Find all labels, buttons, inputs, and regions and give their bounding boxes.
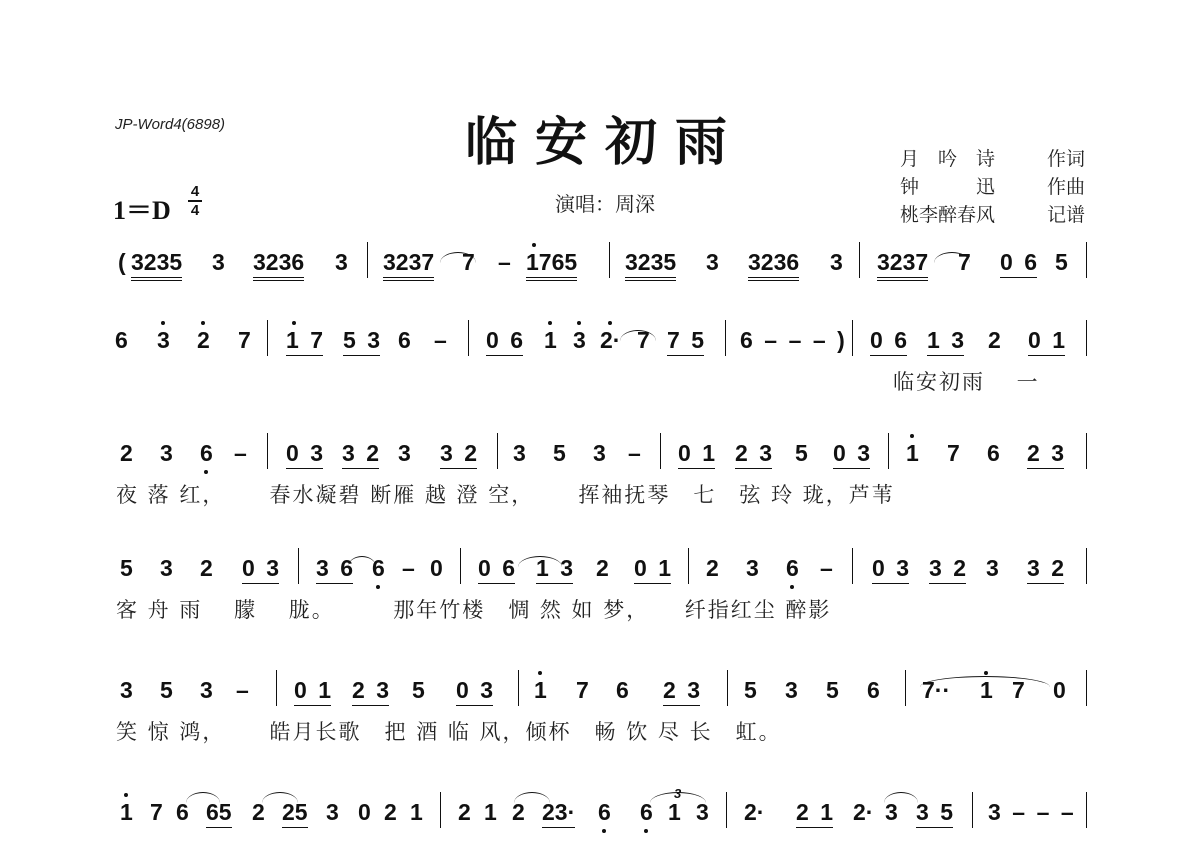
composer-role: 作曲 xyxy=(1047,173,1085,201)
beam-underline xyxy=(833,468,870,469)
note-token: 3 2 xyxy=(929,555,966,581)
slur-arc xyxy=(620,330,656,341)
software-watermark: JP-Word4(6898) xyxy=(115,116,225,133)
note-token: 5 xyxy=(826,677,839,703)
beam-underline xyxy=(748,280,799,281)
note-token: 3 2 xyxy=(1027,555,1064,581)
singer-credit: 演唱：周深 xyxy=(440,188,770,217)
barline xyxy=(1086,792,1087,828)
note-token: 1 xyxy=(484,799,497,825)
note-token: 3237 xyxy=(383,249,434,275)
note-token: 2 xyxy=(706,555,719,581)
beam-underline xyxy=(253,277,304,278)
transcriber-name: 桃李醉春风 xyxy=(900,201,995,229)
note-token: 3 6 xyxy=(316,555,353,581)
beam-underline xyxy=(870,355,907,356)
beam-underline xyxy=(929,583,966,584)
note-token: 0 3 xyxy=(456,677,493,703)
note-token: 0 1 xyxy=(1028,327,1065,353)
note-token: 6 xyxy=(616,677,629,703)
beam-underline xyxy=(678,468,715,469)
barline xyxy=(972,792,973,828)
transcriber-role: 记谱 xyxy=(1047,201,1085,229)
note-token: 1 xyxy=(906,440,919,466)
note-token: 2 3 xyxy=(1027,440,1064,466)
octave-up-dot xyxy=(161,321,165,325)
composer-credit: 钟 迅 作曲 xyxy=(900,173,1085,201)
note-token: 7 xyxy=(238,327,251,353)
note-token: 3 xyxy=(573,327,586,353)
barline xyxy=(888,433,889,469)
note-token: 2 xyxy=(988,327,1001,353)
barline xyxy=(660,433,661,469)
beam-underline xyxy=(542,827,575,828)
barline xyxy=(518,670,519,706)
barline xyxy=(727,670,728,706)
beam-underline xyxy=(927,355,964,356)
note-token: 3 2 xyxy=(440,440,477,466)
note-token: 3 xyxy=(398,440,411,466)
beam-underline xyxy=(478,583,515,584)
composer-name: 钟 迅 xyxy=(900,173,995,201)
lyric-line: 客 舟 雨 朦 胧。 那年竹楼 惆 然 如 梦， 纤指红尘 醉影 xyxy=(116,594,831,624)
beam-underline xyxy=(456,705,493,706)
note-token: 2 1 xyxy=(796,799,833,825)
barline xyxy=(1086,242,1087,278)
beam-underline xyxy=(383,280,434,281)
beam-underline xyxy=(286,355,323,356)
octave-up-dot xyxy=(984,671,988,675)
beam-underline xyxy=(735,468,772,469)
note-token: 5 3 xyxy=(343,327,380,353)
beam-underline xyxy=(663,705,700,706)
note-token: 0 6 xyxy=(478,555,515,581)
slur-arc xyxy=(514,792,550,803)
note-token: – xyxy=(236,677,249,703)
note-token: 5 xyxy=(795,440,808,466)
note-token: 6 – – – ) xyxy=(740,327,845,353)
barline xyxy=(1086,433,1087,469)
octave-up-dot xyxy=(548,321,552,325)
note-token: 0 6 xyxy=(870,327,907,353)
credits-block: 月 吟 诗 作词 钟 迅 作曲 桃李醉春风 记谱 xyxy=(900,145,1085,229)
note-token: 3 5 xyxy=(916,799,953,825)
note-token: 3236 xyxy=(748,249,799,275)
beam-underline xyxy=(131,277,182,278)
note-token: 5 xyxy=(1055,249,1068,275)
octave-up-dot xyxy=(201,321,205,325)
note-token: 7 xyxy=(576,677,589,703)
barline xyxy=(440,792,441,828)
beam-underline xyxy=(796,827,833,828)
note-token: 3 – – – xyxy=(988,799,1074,825)
note-token: 3 xyxy=(212,249,225,275)
note-token: 0 xyxy=(358,799,371,825)
note-token: 3 xyxy=(785,677,798,703)
note-token: 3 xyxy=(335,249,348,275)
note-token: 0 3 xyxy=(872,555,909,581)
song-title: 临安初雨 xyxy=(440,108,770,178)
beam-underline xyxy=(634,583,671,584)
note-token: 5 xyxy=(160,677,173,703)
note-token: 5 xyxy=(412,677,425,703)
triplet-marker: 3 xyxy=(674,786,681,801)
note-token: 1 7 xyxy=(286,327,323,353)
note-token: 3236 xyxy=(253,249,304,275)
note-token: 2 3 xyxy=(352,677,389,703)
note-token: 3 xyxy=(326,799,339,825)
slur-arc xyxy=(262,792,298,803)
barline xyxy=(468,320,469,356)
octave-up-dot xyxy=(608,321,612,325)
note-token: 3 xyxy=(830,249,843,275)
octave-up-dot xyxy=(538,671,542,675)
octave-up-dot xyxy=(577,321,581,325)
note-token: 0 6 xyxy=(1000,249,1037,275)
note-token: 2 xyxy=(384,799,397,825)
beam-underline xyxy=(131,280,182,281)
barline xyxy=(1086,548,1087,584)
beam-underline xyxy=(352,705,389,706)
beam-underline xyxy=(667,355,704,356)
beam-underline xyxy=(1027,468,1064,469)
note-token: – xyxy=(820,555,833,581)
note-token: – xyxy=(498,249,511,275)
beam-underline xyxy=(242,583,279,584)
note-token: 6 xyxy=(598,799,611,825)
note-token: 0 xyxy=(430,555,443,581)
note-token: 2· xyxy=(600,327,620,353)
barline xyxy=(1086,670,1087,706)
time-signature: 4 4 xyxy=(188,184,202,218)
beam-underline xyxy=(872,583,909,584)
note-token: 5 xyxy=(120,555,133,581)
slur-arc xyxy=(186,792,220,803)
barline xyxy=(859,242,860,278)
beam-underline xyxy=(1027,583,1064,584)
note-token: 0 xyxy=(1053,677,1066,703)
octave-down-dot xyxy=(644,829,648,833)
note-token: 2· xyxy=(853,799,873,825)
barline xyxy=(852,320,853,356)
lyricist-name: 月 吟 诗 xyxy=(900,145,995,173)
lyric-line: 笑 惊 鸿， 皓月长歌 把 酒 临 风，倾杯 畅 饮 尽 长 虹。 xyxy=(116,716,782,746)
note-token: – xyxy=(434,327,447,353)
octave-down-dot xyxy=(204,470,208,474)
note-token: 1 xyxy=(534,677,547,703)
slur-arc xyxy=(884,792,918,803)
note-token: – xyxy=(402,555,415,581)
beam-underline xyxy=(625,280,676,281)
barline xyxy=(852,548,853,584)
beam-underline xyxy=(526,277,577,278)
barline xyxy=(725,320,726,356)
lyricist-credit: 月 吟 诗 作词 xyxy=(900,145,1085,173)
note-token: – xyxy=(234,440,247,466)
note-token: 3235 xyxy=(131,249,182,275)
lyric-line: 临安初雨 一 xyxy=(893,366,1040,396)
note-token: 5 xyxy=(553,440,566,466)
note-token: 0 1 xyxy=(294,677,331,703)
beam-underline xyxy=(748,277,799,278)
beam-underline xyxy=(206,827,232,828)
note-token: 2· xyxy=(744,799,764,825)
note-token: 1 3 xyxy=(927,327,964,353)
barline xyxy=(298,548,299,584)
note-token: 6 xyxy=(786,555,799,581)
beam-underline xyxy=(625,277,676,278)
note-token: 2 3 xyxy=(663,677,700,703)
beam-underline xyxy=(342,468,379,469)
note-token: 3 xyxy=(593,440,606,466)
note-token: 0 3 xyxy=(286,440,323,466)
note-token: 0 3 xyxy=(242,555,279,581)
note-token: 6 xyxy=(867,677,880,703)
lyric-line: 夜 落 红， 春水凝碧 断雁 越 澄 空， 挥袖抚琴 七 弦 玲 珑，芦苇 xyxy=(116,479,895,509)
octave-up-dot xyxy=(292,321,296,325)
beam-underline xyxy=(282,827,308,828)
note-token: 5 xyxy=(744,677,757,703)
note-token: 1 xyxy=(544,327,557,353)
barline xyxy=(688,548,689,584)
note-token: 6 xyxy=(115,327,128,353)
note-token: 3235 xyxy=(625,249,676,275)
note-token: 6 xyxy=(987,440,1000,466)
note-token: 1 xyxy=(120,799,133,825)
barline xyxy=(609,242,610,278)
note-token: 6 xyxy=(200,440,213,466)
octave-up-dot xyxy=(910,434,914,438)
time-numerator: 4 xyxy=(188,184,202,199)
note-token: 3 xyxy=(746,555,759,581)
beam-underline xyxy=(1000,277,1037,278)
beam-underline xyxy=(343,355,380,356)
note-token: 2 3 xyxy=(735,440,772,466)
barline xyxy=(460,548,461,584)
note-token: 7 5 xyxy=(667,327,704,353)
barline xyxy=(1086,320,1087,356)
octave-up-dot xyxy=(532,243,536,247)
beam-underline xyxy=(1028,355,1065,356)
note-token: 2 xyxy=(596,555,609,581)
barline xyxy=(905,670,906,706)
barline xyxy=(726,792,727,828)
beam-underline xyxy=(440,468,477,469)
barline xyxy=(497,433,498,469)
note-token: 3 xyxy=(120,677,133,703)
time-denominator: 4 xyxy=(188,203,202,218)
note-token: 0 3 xyxy=(833,440,870,466)
note-token: 2 xyxy=(200,555,213,581)
beam-underline xyxy=(916,827,953,828)
note-token: 2 xyxy=(120,440,133,466)
note-token: 3 xyxy=(157,327,170,353)
barline xyxy=(276,670,277,706)
beam-underline xyxy=(316,583,353,584)
octave-up-dot xyxy=(124,793,128,797)
note-token: 7 xyxy=(150,799,163,825)
note-token: 7 xyxy=(947,440,960,466)
beam-underline xyxy=(486,355,523,356)
note-token: 0 6 xyxy=(486,327,523,353)
note-token: 2 xyxy=(197,327,210,353)
transcriber-credit: 桃李醉春风 记谱 xyxy=(900,201,1085,229)
barline xyxy=(367,242,368,278)
note-token: 3 xyxy=(160,555,173,581)
note-token: – xyxy=(628,440,641,466)
note-token: 1765 xyxy=(526,249,577,275)
note-token: 0 1 xyxy=(678,440,715,466)
beam-underline xyxy=(536,583,573,584)
note-token: 3 xyxy=(200,677,213,703)
octave-down-dot xyxy=(602,829,606,833)
lyricist-role: 作词 xyxy=(1047,145,1085,173)
note-token: 1 xyxy=(410,799,423,825)
octave-down-dot xyxy=(376,585,380,589)
note-token: ( xyxy=(118,249,126,275)
note-token: 6 xyxy=(398,327,411,353)
note-token: 3237 xyxy=(877,249,928,275)
beam-underline xyxy=(286,468,323,469)
beam-underline xyxy=(294,705,331,706)
beam-underline xyxy=(383,277,434,278)
note-token: 3 2 xyxy=(342,440,379,466)
key-signature: 1＝D xyxy=(113,190,171,227)
beam-underline xyxy=(877,277,928,278)
note-token: 3 xyxy=(986,555,999,581)
beam-underline xyxy=(877,280,928,281)
note-token: 3 xyxy=(160,440,173,466)
note-token: 6 xyxy=(372,555,385,581)
note-token: 3 xyxy=(706,249,719,275)
beam-underline xyxy=(253,280,304,281)
barline xyxy=(267,433,268,469)
note-token: 3 xyxy=(513,440,526,466)
note-token: 2 xyxy=(458,799,471,825)
beam-underline xyxy=(526,280,577,281)
note-token: 0 1 xyxy=(634,555,671,581)
octave-down-dot xyxy=(790,585,794,589)
barline xyxy=(267,320,268,356)
